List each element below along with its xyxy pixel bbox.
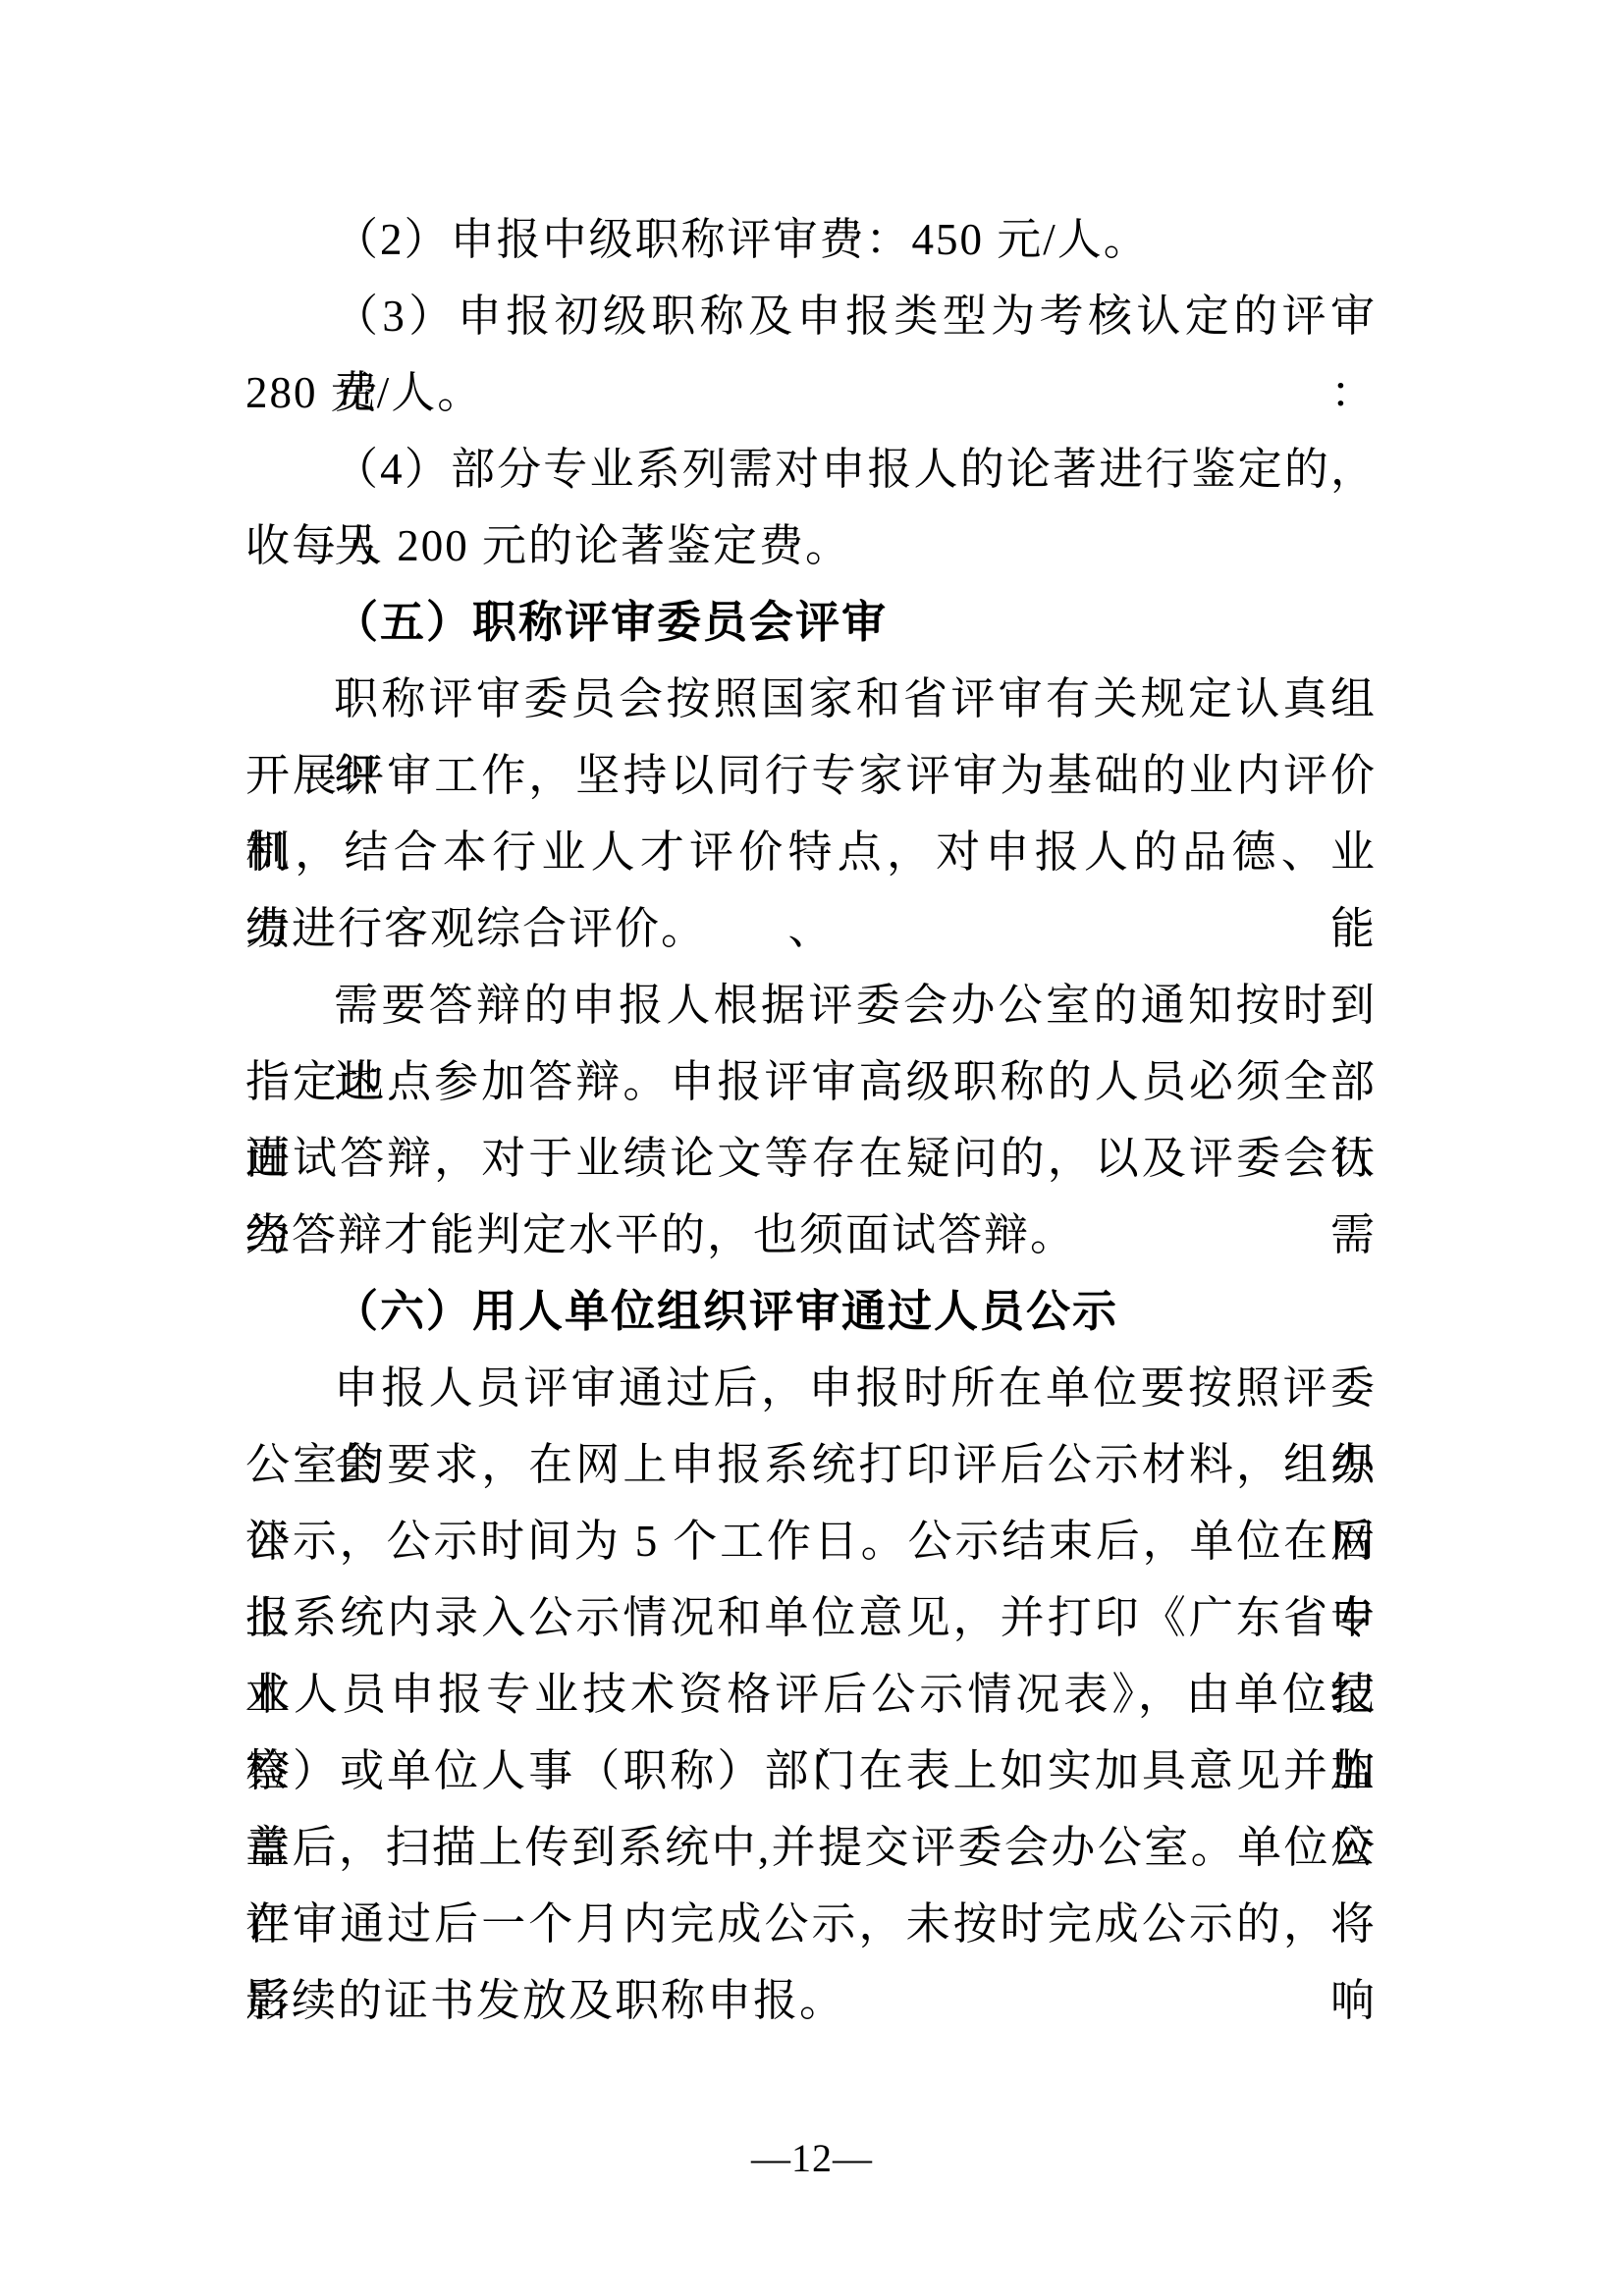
section-heading-five: （五）职称评审委员会评审 xyxy=(245,584,1377,661)
text-line: 术人员申报专业技术资格评后公示情况表》，由单位纪检（监 xyxy=(245,1656,1377,1733)
text-line: 制，结合本行业人才评价特点，对申报人的品德、业绩、能 xyxy=(245,814,1377,890)
text-line: 公示，公示时间为 5 个工作日。公示结束后，单位在网上申 xyxy=(245,1503,1377,1579)
text-line: 公室的要求，在网上申报系统打印评后公示材料，组织评后 xyxy=(245,1426,1377,1503)
text-line: 需要答辩的申报人根据评委会办公室的通知按时到达 xyxy=(245,967,1377,1043)
text-line: 报系统内录入公示情况和单位意见，并打印《广东省专业技 xyxy=(245,1579,1377,1656)
text-line: 职称评审委员会按照国家和省评审有关规定认真组织 xyxy=(245,661,1377,737)
text-line: 指定地点参加答辩。申报评审高级职称的人员必须全部进行 xyxy=(245,1043,1377,1120)
text-line: （2）申报中级职称评审费：450 元/人。 xyxy=(245,201,1377,278)
document-body: （2）申报中级职称评审费：450 元/人。 （3）申报初级职称及申报类型为考核认… xyxy=(245,201,1377,2039)
text-line: 评审通过后一个月内完成公示，未按时完成公示的，将影响 xyxy=(245,1886,1377,1962)
text-line: 收每人 200 元的论著鉴定费。 xyxy=(245,507,1377,584)
text-line: （4）部分专业系列需对申报人的论著进行鉴定的，另 xyxy=(245,431,1377,507)
text-line: 申报人员评审通过后，申报时所在单位要按照评委会办 xyxy=(245,1350,1377,1426)
text-line: 开展评审工作，坚持以同行专家评审为基础的业内评价机 xyxy=(245,737,1377,814)
text-line: 察）或单位人事（职称）部门在表上如实加具意见并加盖公 xyxy=(245,1733,1377,1809)
page-number: —12— xyxy=(0,2120,1624,2197)
section-heading-six: （六）用人单位组织评审通过人员公示 xyxy=(245,1273,1377,1350)
text-line: 章后，扫描上传到系统中,并提交评委会办公室。单位应在 xyxy=(245,1809,1377,1886)
document-page: （2）申报中级职称评审费：450 元/人。 （3）申报初级职称及申报类型为考核认… xyxy=(0,0,1624,2296)
text-line: 面试答辩，对于业绩论文等存在疑问的，以及评委会认为需 xyxy=(245,1120,1377,1197)
text-line: （3）申报初级职称及申报类型为考核认定的评审费： xyxy=(245,278,1377,354)
